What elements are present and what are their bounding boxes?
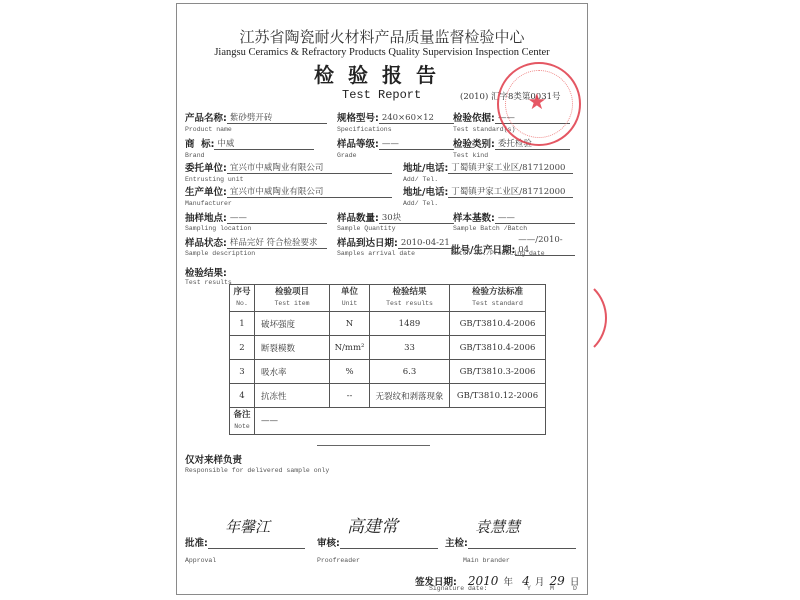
- cell-result: 6.3: [370, 360, 450, 384]
- brand-value: 中威: [214, 137, 314, 150]
- column-header: 检验项目Test item: [255, 285, 330, 312]
- org-name-cn: 江苏省陶瓷耐火材料产品质量监督检验中心: [177, 26, 587, 47]
- cell-no: 4: [230, 384, 255, 408]
- official-stamp: ★: [497, 62, 581, 146]
- field-manufacturer-address: 地址/电话: 丁蜀镇尹家工业区/81712000: [403, 184, 573, 198]
- results-heading: 检验结果:: [185, 265, 227, 279]
- field-sample-quantity: 样品数量: 30块: [337, 210, 454, 224]
- field-brand: 商 标: 中威: [185, 136, 314, 150]
- field-sample-batch: 样本基数: ——: [453, 210, 575, 224]
- sample-description-value: 样品完好 符合检验要求: [227, 236, 327, 249]
- cell-item: 抗冻性: [255, 384, 330, 408]
- cell-result: 33: [370, 336, 450, 360]
- column-header: 单位Unit: [330, 285, 370, 312]
- field-sample-description: 样品状态: 样品完好 符合检验要求: [185, 235, 327, 249]
- cell-item: 断裂模数: [255, 336, 330, 360]
- results-subheading: Test results: [185, 279, 232, 286]
- manufacturer-address-value: 丁蜀镇尹家工业区/81712000: [448, 185, 573, 198]
- divider-line: [317, 445, 430, 446]
- cell-unit: %: [330, 360, 370, 384]
- cell-no: 1: [230, 312, 255, 336]
- arrival-date-value: 2010-04-21: [398, 238, 453, 249]
- cell-item: 破坏强度: [255, 312, 330, 336]
- cell-unit: --: [330, 384, 370, 408]
- column-header: 检验结果Test results: [370, 285, 450, 312]
- entrusting-address-value: 丁蜀镇尹家工业区/81712000: [448, 161, 573, 174]
- approval-signature: 年馨江: [225, 516, 270, 537]
- cell-no: 2: [230, 336, 255, 360]
- note-label: 备注Note: [230, 408, 255, 435]
- field-specifications: 规格型号: 240×60×12: [337, 110, 454, 124]
- field-entrusting-address: 地址/电话: 丁蜀镇尹家工业区/81712000: [403, 160, 573, 174]
- table-row: 2断裂模数N/mm²33GB/T3810.4-2006: [230, 336, 546, 360]
- specifications-value: 240×60×12: [379, 113, 454, 124]
- cell-item: 吸水率: [255, 360, 330, 384]
- disclaimer-en: Responsible for delivered sample only: [185, 467, 329, 474]
- proofreader-signature: 高建常: [347, 512, 398, 537]
- note-value: ——: [255, 408, 546, 435]
- cell-result: 无裂纹和剥落现象: [370, 384, 450, 408]
- note-row: 备注Note——: [230, 408, 546, 435]
- manufacturer-value: 宜兴市中威陶业有限公司: [227, 185, 392, 198]
- cell-no: 3: [230, 360, 255, 384]
- cell-unit: N/mm²: [330, 336, 370, 360]
- disclaimer-cn: 仅对来样负责: [185, 452, 242, 466]
- table-row: 1破坏强度N1489GB/T3810.4-2006: [230, 312, 546, 336]
- results-table: 序号No.检验项目Test item单位Unit检验结果Test results…: [229, 284, 546, 435]
- field-product-name: 产品名称: 紫砂劈开砖: [185, 110, 327, 124]
- entrusting-unit-value: 宜兴市中威陶业有限公司: [227, 161, 392, 174]
- sampling-location-value: ——: [227, 213, 327, 224]
- grade-value: ——: [379, 139, 454, 150]
- cell-unit: N: [330, 312, 370, 336]
- test-report-page: 江苏省陶瓷耐火材料产品质量监督检验中心 Jiangsu Ceramics & R…: [176, 3, 588, 595]
- cell-standard: GB/T3810.3-2006: [450, 360, 546, 384]
- seam-stamp: [523, 276, 607, 360]
- cell-standard: GB/T3810.12-2006: [450, 384, 546, 408]
- sample-batch-value: ——: [495, 213, 575, 224]
- report-title-en: Test Report: [342, 88, 421, 102]
- field-sampling-location: 抽样地点: ——: [185, 210, 327, 224]
- table-row: 3吸水率%6.3GB/T3810.3-2006: [230, 360, 546, 384]
- main-brander-signature: 袁慧慧: [475, 516, 520, 537]
- field-manufacturer: 生产单位: 宜兴市中威陶业有限公司: [185, 184, 392, 198]
- field-entrusting-unit: 委托单位: 宜兴市中威陶业有限公司: [185, 160, 392, 174]
- cell-result: 1489: [370, 312, 450, 336]
- field-grade: 样品等级: ——: [337, 136, 454, 150]
- field-arrival-date: 样品到达日期: 2010-04-21: [337, 235, 453, 249]
- table-row: 4抗冻性--无裂纹和剥落现象GB/T3810.12-2006: [230, 384, 546, 408]
- org-name-en: Jiangsu Ceramics & Refractory Products Q…: [177, 47, 587, 58]
- product-name-value: 紫砂劈开砖: [227, 111, 327, 124]
- column-header: 序号No.: [230, 285, 255, 312]
- sample-quantity-value: 30块: [379, 211, 454, 224]
